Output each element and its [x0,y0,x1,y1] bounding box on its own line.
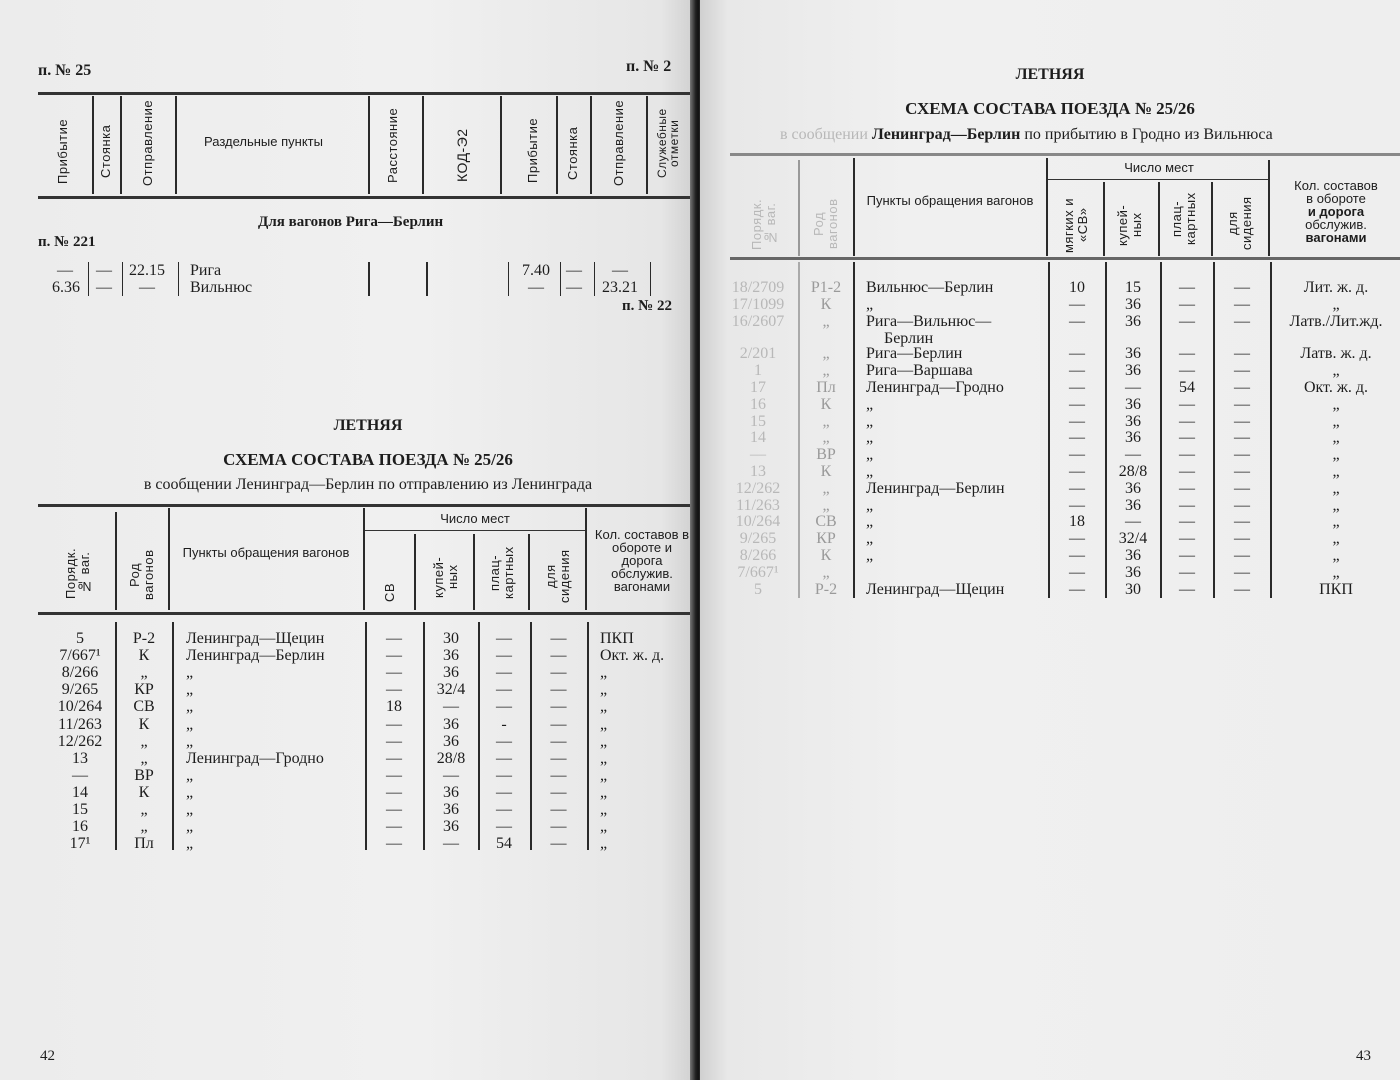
owner-cell: „ [600,767,690,784]
departure-cell: — [126,279,168,296]
order-cell: 8/266 [720,547,796,564]
seating-cell: — [531,733,586,750]
col-header-sv: СВ [383,576,397,608]
arrival-cell: — [50,262,80,279]
order-cell: 10/264 [40,698,120,715]
type-cell: „ [118,664,170,681]
coupe-cell: 36 [1106,362,1160,379]
owner-cell: „ [1272,463,1400,480]
seating-cell: — [1214,345,1270,362]
points-text: „ [186,664,193,681]
sv-cell: — [366,630,422,647]
col-header-stop: Стоянка [99,112,113,190]
points-text: Ленинград—Берлин [866,480,1005,497]
seating-cell: — [531,767,586,784]
type-cell: „ [800,480,852,497]
platz-cell: 54 [1161,379,1213,396]
col-header-coupe: купей-ных [1116,196,1142,254]
type-cell: „ [118,750,170,767]
type-cell: К [118,647,170,664]
points-text: Ленинград—Щецин [186,630,324,647]
coupe-cell: 36 [1106,396,1160,413]
order-cell: 5 [720,581,796,598]
platz-cell: — [479,664,529,681]
points-text-cont: Берлин [866,330,933,347]
sv-cell: — [1049,413,1105,430]
seating-cell: — [1214,413,1270,430]
owner-cell: Латв./Лит.жд. [1272,313,1400,330]
platz-cell: — [1161,446,1213,463]
departure-cell: 22.15 [126,262,168,279]
seating-cell: — [1214,564,1270,581]
order-cell: 16 [720,396,796,413]
points-cell: „ [186,767,362,784]
points-cell: Рига—Вильнюс—Берлин [866,313,1046,347]
platz-cell: — [479,784,529,801]
type-cell: „ [118,733,170,750]
col-divider [646,96,648,194]
owner-cell: „ [1272,446,1400,463]
seating-cell: — [1214,429,1270,446]
platz-cell: — [479,681,529,698]
sv-cell: — [1049,446,1105,463]
coupe-cell: 36 [1106,480,1160,497]
points-text: „ [866,547,873,564]
points-cell: „ [186,664,362,681]
type-cell: „ [118,818,170,835]
points-text: „ [186,716,193,733]
col-header-arrival-2: Прибытие [526,110,540,190]
col-divider [92,96,94,194]
scheme-header-bottom-rule [730,257,1400,260]
col-header-code: КОД-Э2 [455,120,469,190]
points-text-cont [866,598,884,615]
owner-cell: „ [1272,480,1400,497]
owner-cell: Латв. ж. д. [1272,345,1400,362]
seats-group-rule [1048,179,1270,180]
points-cell: Ленинград—Гродно [186,750,362,767]
timetable-top-rule [38,92,696,95]
type-cell: К [118,784,170,801]
type-cell: Р-2 [800,581,852,598]
order-cell: 13 [40,750,120,767]
sv-cell: — [366,681,422,698]
col-divider [1158,182,1160,256]
owner-cell: „ [1272,513,1400,530]
order-cell: 15 [40,801,120,818]
points-text: „ [186,801,193,818]
order-cell: 9/265 [720,530,796,547]
departure-cell: — [598,262,642,279]
platz-cell: — [1161,564,1213,581]
coupe-cell: 30 [1106,581,1160,598]
platz-cell: — [1161,413,1213,430]
order-cell: 12/262 [40,733,120,750]
col-header-stations: Раздельные пункты [204,134,323,149]
seating-cell: — [1214,446,1270,463]
type-cell: Р1-2 [800,279,852,296]
points-text: „ [186,784,193,801]
order-cell: 11/263 [720,497,796,514]
col-header-type: Род вагонов [812,196,842,252]
seating-cell: — [531,716,586,733]
col-divider [122,262,123,296]
type-cell: Пл [118,835,170,852]
type-cell: К [800,463,852,480]
seating-cell: — [531,698,586,715]
sv-cell: — [1049,379,1105,396]
order-cell: 12/262 [720,480,796,497]
sv-cell: — [366,750,422,767]
right-page: ЛЕТНЯЯ СХЕМА СОСТАВА ПОЕЗДА № 25/26 в со… [700,0,1400,1080]
points-text: Ленинград—Гродно [186,750,324,767]
stop-cell: — [564,262,584,279]
type-cell: СВ [800,513,852,530]
owner-cell: „ [600,698,690,715]
order-cell: 17 [720,379,796,396]
arrival-cell: — [516,279,556,296]
col-header-distance: Расстояние [386,100,400,190]
owner-cell: „ [1272,547,1400,564]
order-cell: 13 [720,463,796,480]
col-divider [594,262,595,296]
order-cell: 5 [40,630,120,647]
seating-cell: — [531,681,586,698]
coupe-cell: — [424,698,478,715]
sv-cell: — [366,784,422,801]
points-text: „ [866,446,873,463]
timetable-bottom-rule [38,196,696,199]
platz-cell: — [1161,296,1213,313]
sv-cell: — [366,647,422,664]
sv-cell: — [1049,547,1105,564]
sv-cell: — [366,733,422,750]
arrival-cell: 6.36 [48,279,84,296]
sv-cell: — [1049,345,1105,362]
seating-cell: — [1214,480,1270,497]
order-cell: 17/1099 [720,296,796,313]
points-cell: Ленинград—Щецин [866,581,1046,615]
seating-cell: — [1214,362,1270,379]
scheme-title: СХЕМА СОСТАВА ПОЕЗДА № 25/26 [0,450,736,470]
sv-cell: — [1049,296,1105,313]
col-divider [120,96,122,194]
col-divider [587,622,589,850]
order-cell: 8/266 [40,664,120,681]
owner-cell: „ [600,835,690,852]
col-divider [368,262,370,296]
points-cell: „ [186,835,362,852]
col-header-sv: мягких и «СВ» [1062,196,1090,254]
arrival-cell: 7.40 [516,262,556,279]
points-text: „ [186,698,193,715]
owner-cell: Лит. ж. д. [1272,279,1400,296]
col-divider [414,534,416,610]
sv-cell: — [1049,429,1105,446]
platz-cell: — [1161,345,1213,362]
platz-cell: — [479,698,529,715]
seating-cell: — [1214,497,1270,514]
seating-cell: — [531,630,586,647]
col-divider [560,262,561,296]
seating-cell: — [531,801,586,818]
owner-cell: „ [600,801,690,818]
platz-cell: — [479,630,529,647]
section-title: Для вагонов Рига—Берлин [258,214,443,231]
seating-cell: — [1214,530,1270,547]
type-cell: КР [118,681,170,698]
sv-cell: — [1049,581,1105,598]
sv-cell: — [366,835,422,852]
col-header-seating: для сидения [1226,192,1252,254]
seating-cell: — [1214,296,1270,313]
col-divider [590,96,592,194]
col-divider [853,262,855,598]
col-divider [115,512,117,610]
points-text: „ [866,396,873,413]
col-header-order: Порядк. № ваг. [750,196,780,252]
order-cell: 7/667¹ [720,564,796,581]
seating-cell: — [531,664,586,681]
coupe-cell: 36 [424,784,478,801]
platz-cell: — [479,801,529,818]
points-cell: „ [186,801,362,818]
sv-cell: — [366,818,422,835]
type-cell: „ [800,313,852,330]
sv-cell: — [1049,497,1105,514]
col-divider [178,262,179,296]
seating-cell: — [1214,547,1270,564]
coupe-cell: 36 [1106,296,1160,313]
owner-cell: „ [600,750,690,767]
sv-cell: — [1049,463,1105,480]
sv-cell: — [1049,396,1105,413]
owner-cell: „ [1272,296,1400,313]
platz-cell: — [1161,429,1213,446]
col-header-points: Пункты обращения вагонов [172,546,360,559]
col-header-seating: для сидения [544,546,570,606]
type-cell: „ [800,362,852,379]
coupe-cell: 28/8 [424,750,478,767]
scheme-header-bottom-rule [38,612,696,615]
seating-cell: — [531,647,586,664]
coupe-cell: 36 [424,801,478,818]
subtitle-rest: по прибытию в Гродно из Вильнюса [1024,126,1272,143]
type-cell: „ [118,801,170,818]
owner-cell: „ [1272,497,1400,514]
points-text: „ [866,463,873,480]
col-header-stop-2: Стоянка [566,116,580,190]
order-cell: 17¹ [40,835,120,852]
sv-cell: 18 [1049,513,1105,530]
platz-cell: — [1161,581,1213,598]
col-divider [1268,160,1270,256]
points-text: „ [866,497,873,514]
seating-cell: — [1214,396,1270,413]
sv-cell: — [1049,362,1105,379]
col-divider [422,96,424,194]
type-cell: „ [800,564,852,581]
coupe-cell: 32/4 [424,681,478,698]
col-divider [556,96,558,194]
order-cell: 14 [720,429,796,446]
points-cell: Ленинград—Берлин [186,647,362,664]
sv-cell: — [1049,313,1105,330]
sv-cell: — [366,664,422,681]
owner-cell: „ [1272,429,1400,446]
section-train-number: п. № 221 [38,234,95,251]
sv-cell: — [1049,480,1105,497]
platz-cell: — [1161,362,1213,379]
col-divider [1103,182,1105,256]
seating-cell: — [1214,581,1270,598]
left-page: п. № 25 п. № 2 Прибытие Стоянка Отправле… [0,0,696,1080]
platz-cell: 54 [479,835,529,852]
col-header-type: Род вагонов [128,544,158,606]
coupe-cell: — [1106,446,1160,463]
platz-cell: — [479,647,529,664]
sv-cell: 18 [366,698,422,715]
owner-cell: „ [600,716,690,733]
scheme-top-rule [38,504,696,507]
seating-cell: — [1214,379,1270,396]
coupe-cell: 15 [1106,279,1160,296]
owner-cell: ПКП [1272,581,1400,598]
points-cell: „ [186,716,362,733]
col-divider [528,534,530,610]
seating-cell: — [531,835,586,852]
points-text: Ленинград—Гродно [866,379,1004,396]
scheme-title: СХЕМА СОСТАВА ПОЕЗДА № 25/26 [700,99,1400,119]
train-number-right: п. № 2 [626,58,671,76]
owner-cell: „ [600,818,690,835]
col-divider [798,160,800,256]
type-cell: „ [800,497,852,514]
coupe-cell: 36 [1106,497,1160,514]
seats-group-rule [364,530,586,531]
coupe-cell: 36 [424,664,478,681]
scheme-subtitle: в сообщении Ленинград—Берлин по прибытию… [780,126,1273,144]
points-text: Вильнюс—Берлин [866,279,993,296]
col-divider [175,96,177,194]
coupe-cell: — [424,767,478,784]
owner-cell: „ [1272,396,1400,413]
points-cell: „ [186,698,362,715]
type-cell: СВ [118,698,170,715]
type-cell: К [800,396,852,413]
type-cell: К [118,716,170,733]
sv-cell: — [1049,530,1105,547]
page-number: 42 [40,1048,55,1065]
type-cell: К [800,547,852,564]
owner-cell: „ [600,784,690,801]
type-cell: „ [800,429,852,446]
scheme-top-rule [730,153,1400,156]
seating-cell: — [1214,313,1270,330]
owner-cell: „ [1272,362,1400,379]
points-text: Ленинград—Берлин [186,647,325,664]
scheme-subtitle: в сообщении Ленинград—Берлин по отправле… [0,476,736,494]
points-text: Ленинград—Щецин [866,581,1004,598]
col-divider [508,262,509,296]
seating-cell: — [1214,463,1270,480]
order-cell: 10/264 [720,513,796,530]
points-text: „ [866,413,873,430]
owner-cell: Окт. ж. д. [600,647,690,664]
col-header-seats: Число мест [1048,161,1270,174]
points-cell: „ [186,733,362,750]
section-train-number-right: п. № 22 [622,298,672,315]
points-text: „ [186,733,193,750]
seating-cell: — [531,784,586,801]
points-text: „ [866,296,873,313]
order-cell: 1 [720,362,796,379]
points-text: Рига—Варшава [866,362,973,379]
col-header-order: Порядк. № ваг. [64,540,94,606]
type-cell: Пл [800,379,852,396]
col-header-arrival: Прибытие [56,112,70,190]
col-divider [473,534,475,610]
col-divider [368,96,370,194]
col-header-points: Пункты обращения вагонов [856,194,1044,207]
platz-cell: — [479,767,529,784]
sv-cell: — [366,716,422,733]
platz-cell: — [1161,279,1213,296]
coupe-cell: 36 [1106,429,1160,446]
points-cell: Ленинград—Щецин [186,630,362,647]
type-cell: Р-2 [118,630,170,647]
platz-cell: — [479,733,529,750]
owner-cell: „ [1272,413,1400,430]
col-header-departure: Отправление [141,96,155,190]
owner-cell: „ [600,664,690,681]
stop-cell: — [92,279,116,296]
points-text: Рига—Берлин [866,345,962,362]
points-text: „ [866,429,873,446]
platz-cell: — [1161,497,1213,514]
order-cell: 15 [720,413,796,430]
order-cell: 9/265 [40,681,120,698]
page-number: 43 [1356,1048,1371,1065]
platz-cell: — [1161,530,1213,547]
coupe-cell: 36 [1106,345,1160,362]
type-cell: „ [800,413,852,430]
points-text: „ [186,835,193,852]
coupe-cell: 30 [424,630,478,647]
order-cell: 14 [40,784,120,801]
station-cell: Вильнюс [190,279,252,296]
points-text: „ [186,818,193,835]
col-header-departure-2: Отправление [612,96,626,190]
col-divider [500,96,502,194]
platz-cell: — [1161,480,1213,497]
col-divider [168,508,170,610]
stop-cell: — [564,279,584,296]
platz-cell: — [1161,396,1213,413]
stop-cell: — [92,262,116,279]
train-number-left: п. № 25 [38,62,91,80]
order-cell: — [720,446,796,463]
subtitle-faded: в сообщении [780,126,868,143]
col-header-platz: плац-картных [1170,184,1196,254]
owner-cell: Окт. ж. д. [1272,379,1400,396]
order-cell: 11/263 [40,716,120,733]
col-header-notes: Служебные отметки [656,96,684,190]
subtitle-route: Ленинград—Берлин [872,126,1020,143]
col-divider [88,262,89,296]
sv-cell: — [366,801,422,818]
type-cell: ВР [800,446,852,463]
